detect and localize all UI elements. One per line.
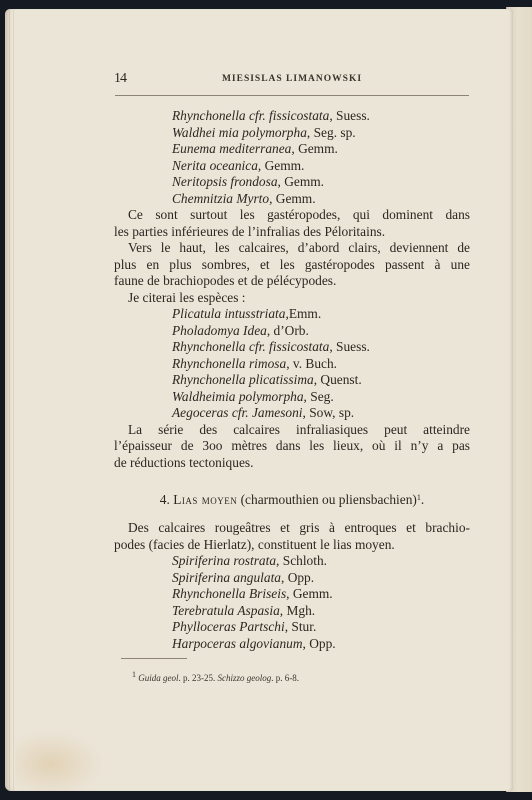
species-item: Nerita oceanica, Gemm. bbox=[172, 158, 304, 174]
species-item: Plicatula intusstriata,Emm. bbox=[172, 306, 321, 322]
footnote: 1 Guida geol. p. 23-25. Schizzo geolog. … bbox=[132, 670, 299, 683]
paragraph-line: Je citerai les espèces : bbox=[114, 290, 470, 306]
species-name: Waldhei mia polymorpha bbox=[172, 125, 307, 140]
species-name: Spiriferina rostrata bbox=[172, 553, 276, 568]
species-item: Harpoceras algovianum, Opp. bbox=[172, 636, 336, 652]
species-author: , Quenst. bbox=[314, 372, 362, 387]
species-item: Waldhei mia polymorpha, Seg. sp. bbox=[172, 125, 356, 141]
paragraph-line: faune de brachiopodes et de pélécypodes. bbox=[114, 273, 470, 289]
species-name: Neritopsis frondosa bbox=[172, 174, 278, 189]
species-author: , Gemm. bbox=[291, 141, 338, 156]
species-author: , Gemm. bbox=[286, 586, 333, 601]
footnote-pages: . p. 23-25. bbox=[179, 673, 218, 683]
species-author: , Opp. bbox=[303, 636, 336, 651]
species-name: Rhynchonella plicatissima bbox=[172, 372, 314, 387]
footnote-rule bbox=[121, 658, 187, 659]
paragraph-line: podes (facies de Hierlatz), constituent … bbox=[114, 537, 470, 553]
species-author: , d’Orb. bbox=[267, 323, 309, 338]
species-author: , Opp. bbox=[281, 570, 314, 585]
species-name: Waldheimia polymorpha bbox=[172, 389, 304, 404]
section-end: . bbox=[421, 492, 424, 507]
species-name: Spiriferina angulata bbox=[172, 570, 281, 585]
paragraph-line: Ce sont surtout les gastéropodes, qui do… bbox=[114, 207, 470, 223]
species-name: Nerita oceanica bbox=[172, 158, 258, 173]
species-item: Spiriferina rostrata, Schloth. bbox=[172, 553, 327, 569]
section-title: Lias moyen bbox=[173, 492, 237, 507]
species-item: Rhynchonella rimosa, v. Buch. bbox=[172, 356, 337, 372]
species-item: Aegoceras cfr. Jamesoni, Sow, sp. bbox=[172, 405, 354, 421]
species-name: Phylloceras Partschi bbox=[172, 619, 285, 634]
species-name: Rhynchonella cfr. fissicostata bbox=[172, 108, 329, 123]
species-item: Phylloceras Partschi, Stur. bbox=[172, 619, 316, 635]
species-author: , Gemm. bbox=[258, 158, 305, 173]
species-author: , v. Buch. bbox=[286, 356, 337, 371]
species-author: , Seg. sp. bbox=[307, 125, 356, 140]
section-heading: 4. Lias moyen (charmouthien ou pliensbac… bbox=[114, 490, 470, 506]
species-name: Eunema mediterranea bbox=[172, 141, 291, 156]
species-name: Terebratula Aspasia bbox=[172, 603, 280, 618]
species-item: Terebratula Aspasia, Mgh. bbox=[172, 603, 315, 619]
header-rule bbox=[115, 95, 469, 96]
species-author: ,Emm. bbox=[285, 306, 321, 321]
species-item: Eunema mediterranea, Gemm. bbox=[172, 141, 338, 157]
species-item: Rhynchonella cfr. fissicostata, Suess. bbox=[172, 108, 370, 124]
species-author: , Seg. bbox=[304, 389, 334, 404]
species-item: Spiriferina angulata, Opp. bbox=[172, 570, 314, 586]
book-page: 14 MIESISLAS LIMANOWSKI Rhynchonella cfr… bbox=[5, 9, 513, 791]
section-number: 4. bbox=[160, 492, 170, 507]
footnote-ref-title: Guida geol bbox=[138, 673, 178, 683]
species-author: , Gemm. bbox=[269, 191, 316, 206]
page-header: 14 MIESISLAS LIMANOWSKI bbox=[114, 67, 470, 87]
paragraph-line: de réductions tectoniques. bbox=[114, 455, 470, 471]
species-item: Rhynchonella Briseis, Gemm. bbox=[172, 586, 333, 602]
footnote-marker: 1 bbox=[132, 670, 136, 679]
species-item: Pholadomya Idea, d’Orb. bbox=[172, 323, 309, 339]
species-name: Rhynchonella cfr. fissicostata bbox=[172, 339, 329, 354]
species-author: , Gemm. bbox=[278, 174, 325, 189]
species-name: Aegoceras cfr. Jamesoni bbox=[172, 405, 303, 420]
section-subtitle: (charmouthien ou pliensbachien) bbox=[241, 492, 417, 507]
species-name: Rhynchonella Briseis bbox=[172, 586, 286, 601]
species-name: Rhynchonella rimosa bbox=[172, 356, 286, 371]
species-author: , Suess. bbox=[329, 339, 370, 354]
paragraph-line: les parties inférieures de l’infralias d… bbox=[114, 224, 470, 240]
species-name: Plicatula intusstriata bbox=[172, 306, 285, 321]
species-item: Waldheimia polymorpha, Seg. bbox=[172, 389, 334, 405]
species-author: , Mgh. bbox=[280, 603, 315, 618]
species-author: , Stur. bbox=[285, 619, 317, 634]
paragraph-line: l’épaisseur de 3oo mètres dans les lieux… bbox=[114, 438, 470, 454]
species-name: Pholadomya Idea bbox=[172, 323, 267, 338]
paragraph-line: Des calcaires rougeâtres et gris à entro… bbox=[114, 520, 470, 536]
paragraph-line: plus en plus sombres, et les gastéropode… bbox=[114, 257, 470, 273]
species-item: Rhynchonella cfr. fissicostata, Suess. bbox=[172, 339, 370, 355]
paragraph-line: Vers le haut, les calcaires, d’abord cla… bbox=[114, 240, 470, 256]
species-name: Chemnitzia Myrto bbox=[172, 191, 269, 206]
species-item: Neritopsis frondosa, Gemm. bbox=[172, 174, 324, 190]
footnote-pages: . p. 6-8. bbox=[271, 673, 299, 683]
species-author: , Schloth. bbox=[276, 553, 327, 568]
species-author: , Sow, sp. bbox=[303, 405, 355, 420]
footnote-ref-title: Schizzo geolog bbox=[218, 673, 272, 683]
running-head: MIESISLAS LIMANOWSKI bbox=[114, 74, 470, 84]
species-name: Harpoceras algovianum bbox=[172, 636, 303, 651]
species-author: , Suess. bbox=[329, 108, 370, 123]
paragraph-line: La série des calcaires infraliasiques pe… bbox=[114, 422, 470, 438]
species-item: Chemnitzia Myrto, Gemm. bbox=[172, 191, 316, 207]
species-item: Rhynchonella plicatissima, Quenst. bbox=[172, 372, 362, 388]
page-content: 14 MIESISLAS LIMANOWSKI Rhynchonella cfr… bbox=[5, 9, 513, 791]
